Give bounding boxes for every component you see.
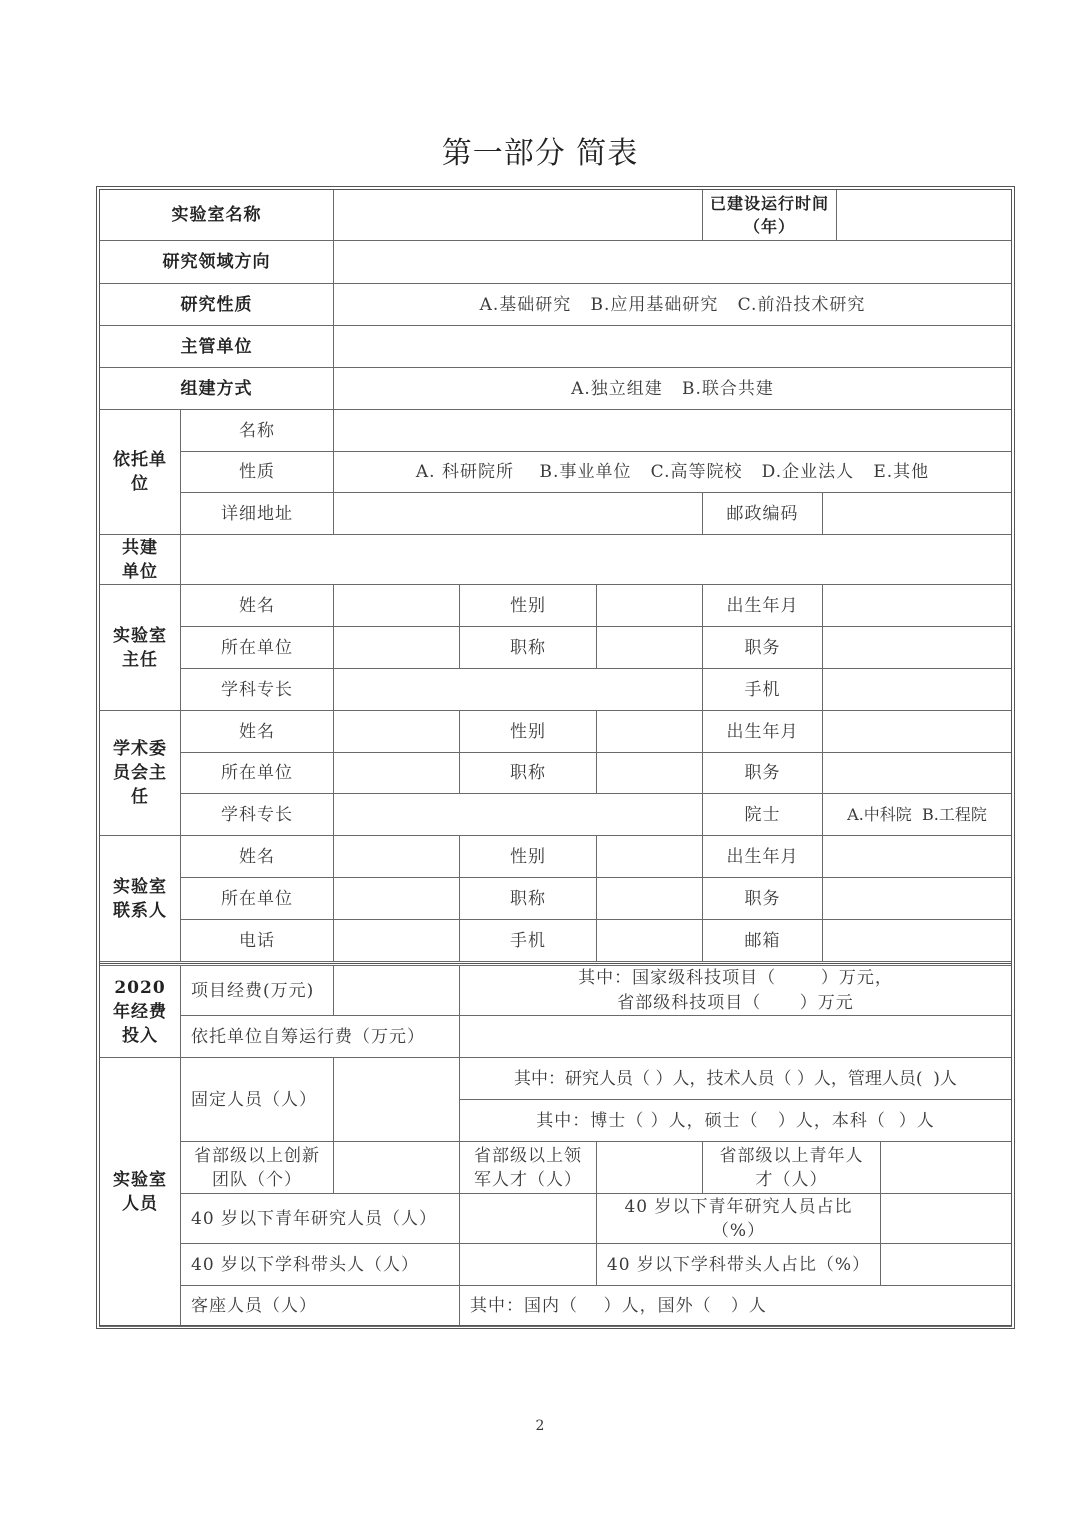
host-unit-nature-label: 性质 [180,451,334,493]
research-nature-label: 研究性质 [99,283,334,326]
director-specialty-label: 学科专长 [180,668,334,711]
construction-mode-label: 组建方式 [99,367,334,410]
chair-unit-label: 所在单位 [180,752,334,794]
postcode-label: 邮政编码 [702,492,823,535]
host-unit-name-label: 名称 [180,409,334,452]
director-gender-label: 性别 [459,584,597,627]
chair-unit-input[interactable] [333,752,460,794]
chair-specialty-label: 学科专长 [180,793,334,836]
contact-unit-label: 所在单位 [180,877,334,920]
young-talent-label: 省部级以上青年人才（人） [702,1141,881,1194]
director-position-label: 职务 [702,626,823,669]
supervising-unit-input[interactable] [333,325,1012,368]
construction-mode-options[interactable]: A.独立组建 B.联合共建 [333,367,1012,410]
lab-director-group-label: 实验室主任 [99,584,181,711]
host-unit-group-label: 依托单位 [99,409,181,535]
lab-name-label: 实验室名称 [99,189,334,241]
contact-position-label: 职务 [702,877,823,920]
contact-position-input[interactable] [822,877,1012,920]
innovation-team-label: 省部级以上创新团队（个） [180,1141,334,1194]
director-mobile-label: 手机 [702,668,823,711]
research-field-input[interactable] [333,240,1012,284]
director-unit-input[interactable] [333,626,460,669]
page-number: 2 [0,1418,1080,1434]
visiting-staff-breakdown[interactable]: 其中：国内（ ）人，国外（ ）人 [459,1285,1012,1327]
fixed-staff-label: 固定人员（人） [180,1057,334,1142]
chair-birth-label: 出生年月 [702,710,823,753]
young-talent-input[interactable] [880,1141,1012,1194]
research-field-label: 研究领域方向 [99,240,334,284]
host-unit-address-label: 详细地址 [180,492,334,535]
section-divider [99,963,1012,964]
project-funding-label: 项目经费(万元) [180,965,334,1016]
fixed-staff-input[interactable] [333,1057,460,1142]
young-researchers-ratio-label: 40 岁以下青年研究人员占比（%） [596,1193,881,1244]
chair-title-label: 职称 [459,752,597,794]
contact-unit-input[interactable] [333,877,460,920]
contact-phone-label: 电话 [180,919,334,962]
innovation-team-input[interactable] [333,1141,460,1194]
co-unit-label: 共建单位 [99,534,181,585]
academician-options[interactable]: A.中科院 B.工程院 [822,793,1012,836]
director-position-input[interactable] [822,626,1012,669]
young-leaders-ratio-input[interactable] [880,1243,1012,1286]
director-gender-input[interactable] [596,584,703,627]
chair-gender-label: 性别 [459,710,597,753]
lab-contact-group-label: 实验室联系人 [99,835,181,962]
director-name-label: 姓名 [180,584,334,627]
director-birth-label: 出生年月 [702,584,823,627]
page-title: 第一部分 简表 [0,128,1080,172]
chair-position-input[interactable] [822,752,1012,794]
young-researchers-label: 40 岁以下青年研究人员（人） [180,1193,460,1244]
contact-birth-input[interactable] [822,835,1012,878]
contact-title-input[interactable] [596,877,703,920]
contact-name-label: 姓名 [180,835,334,878]
co-unit-input[interactable] [180,534,1012,585]
contact-mobile-input[interactable] [596,919,703,962]
fixed-staff-role-breakdown[interactable]: 其中：研究人员（ ）人，技术人员（ ）人，管理人员( )人 [459,1057,1012,1100]
research-nature-options[interactable]: A.基础研究 B.应用基础研究 C.前沿技术研究 [333,283,1012,326]
funding-2020-group-label: 2020年经费投入 [99,965,181,1058]
chair-specialty-input[interactable] [333,793,703,836]
contact-gender-input[interactable] [596,835,703,878]
young-leaders-label: 40 岁以下学科带头人（人） [180,1243,460,1286]
project-funding-input[interactable] [333,965,460,1016]
academician-label: 院士 [702,793,823,836]
contact-name-input[interactable] [333,835,460,878]
host-unit-nature-options[interactable]: A. 科研院所 B.事业单位 C.高等院校 D.企业法人 E.其他 [333,451,1012,493]
young-researchers-input[interactable] [459,1193,597,1244]
director-mobile-input[interactable] [822,668,1012,711]
chair-name-label: 姓名 [180,710,334,753]
contact-phone-input[interactable] [333,919,460,962]
leading-talent-label: 省部级以上领军人才（人） [459,1141,597,1194]
contact-gender-label: 性别 [459,835,597,878]
project-funding-breakdown[interactable]: 其中：国家级科技项目（ ）万元， 省部级科技项目（ ）万元 [459,965,1012,1016]
chair-birth-input[interactable] [822,710,1012,753]
national-projects-text: 其中：国家级科技项目（ ）万元， [578,966,893,991]
young-leaders-ratio-label: 40 岁以下学科带头人占比（%） [596,1243,881,1286]
lab-name-input[interactable] [333,189,703,241]
director-unit-label: 所在单位 [180,626,334,669]
self-funded-input[interactable] [459,1015,1012,1058]
chair-name-input[interactable] [333,710,460,753]
contact-birth-label: 出生年月 [702,835,823,878]
chair-title-input[interactable] [596,752,703,794]
self-funded-label: 依托单位自筹运行费（万元） [180,1015,460,1058]
director-birth-input[interactable] [822,584,1012,627]
director-specialty-input[interactable] [333,668,703,711]
provincial-projects-text: 省部级科技项目（ ）万元 [617,991,853,1016]
director-title-input[interactable] [596,626,703,669]
chair-gender-input[interactable] [596,710,703,753]
leading-talent-input[interactable] [596,1141,703,1194]
lab-staff-group-label: 实验室人员 [99,1057,181,1327]
contact-mobile-label: 手机 [459,919,597,962]
contact-email-label: 邮箱 [702,919,823,962]
years-running-input[interactable] [836,189,1012,241]
host-unit-name-input[interactable] [333,409,1012,452]
visiting-staff-label: 客座人员（人） [180,1285,460,1327]
years-running-label: 已建设运行时间（年） [702,189,837,241]
chair-position-label: 职务 [702,752,823,794]
fixed-staff-degree-breakdown[interactable]: 其中：博士（ ）人，硕士（ ）人，本科（ ）人 [459,1099,1012,1142]
supervising-unit-label: 主管单位 [99,325,334,368]
director-title-label: 职称 [459,626,597,669]
committee-chair-group-label: 学术委员会主任 [99,710,181,836]
young-leaders-input[interactable] [459,1243,597,1286]
contact-email-input[interactable] [822,919,1012,962]
contact-title-label: 职称 [459,877,597,920]
young-researchers-ratio-input[interactable] [880,1193,1012,1244]
postcode-input[interactable] [822,492,1012,535]
host-unit-address-input[interactable] [333,492,703,535]
director-name-input[interactable] [333,584,460,627]
